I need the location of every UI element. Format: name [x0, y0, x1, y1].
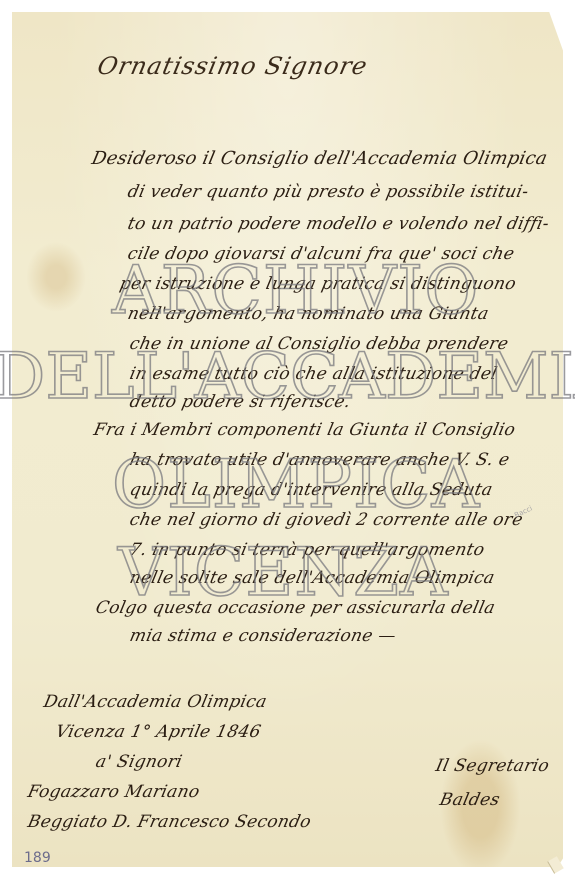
salutation: Ornatissimo Signore — [95, 52, 370, 80]
watermark-line-2: DELL'ACCADEMIA — [0, 345, 575, 409]
watermark-line-3: OLIMPICA — [112, 452, 480, 518]
signature-name: Baldes — [438, 790, 502, 810]
closing-addressee-intro: a' Signori — [94, 752, 184, 772]
signature-title: Il Segretario — [434, 756, 551, 776]
closing-origin: Dall'Accademia Olimpica — [42, 692, 269, 712]
catalogue-number: 189 — [24, 850, 51, 866]
addressee-1: Fogazzaro Mariano — [26, 782, 202, 802]
body-line-10: Fra i Membri componenti la Giunta il Con… — [92, 420, 517, 440]
closing-place-date: Vicenza 1° Aprile 1846 — [54, 722, 263, 742]
watermark-line-4: VICENZA — [118, 540, 449, 606]
body-line-17: mia stima e considerazione — — [128, 626, 398, 646]
watermark-line-1: ARCHIVIO — [112, 258, 479, 324]
body-line-3: to un patrio podere modello e volendo ne… — [126, 214, 551, 234]
body-line-1: Desideroso il Consiglio dell'Accademia O… — [90, 148, 549, 169]
addressee-2: Beggiato D. Francesco Secondo — [26, 812, 313, 832]
body-line-2: di veder quanto più presto è possibile i… — [126, 182, 531, 202]
